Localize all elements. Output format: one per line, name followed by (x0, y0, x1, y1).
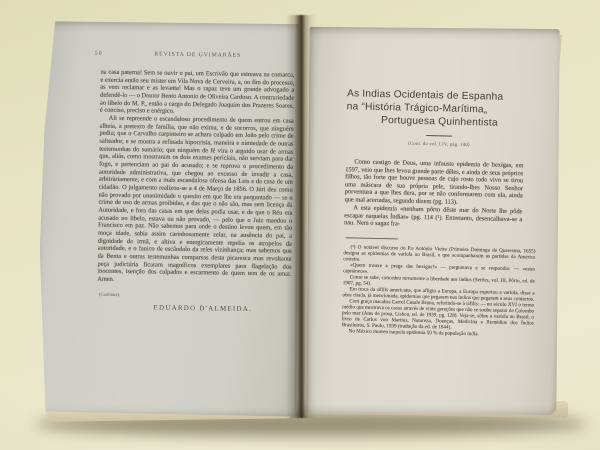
left-page: 50 REVISTA DE GVIMARÃES na casa paterna!… (39, 21, 299, 416)
footnote-rule (346, 237, 398, 239)
right-page: As Indias Ocidentais de Espanha na “Hist… (306, 27, 559, 415)
article-title: As Indias Ocidentais de Espanha na “Hist… (346, 87, 533, 130)
body-paragraph: Como castigo de Deus, uma infausta epide… (345, 158, 524, 207)
body-paragraph: Ali se repreende o escandaloso procedime… (97, 115, 294, 287)
left-page-body: na casa paterna! Sem se ouvir o pai, um … (97, 69, 294, 287)
right-page-content: As Indias Ocidentais de Espanha na “Hist… (342, 87, 534, 338)
book-photograph: 50 REVISTA DE GVIMARÃES na casa paterna!… (0, 0, 600, 450)
author-signature: EDUARDO D'ALMEIDA. (115, 304, 291, 314)
right-page-body: Como castigo de Deus, uma infausta epide… (344, 158, 524, 230)
body-paragraph: A esta epidemia «nenhum pôrto dêste mar … (344, 204, 522, 230)
title-line-3: Portuguesa Quinhentista (346, 113, 532, 130)
continuation-reference: (Cont. do vol. LIV, pág. 140) (346, 140, 532, 149)
title-rule (426, 135, 452, 137)
left-page-content: 50 REVISTA DE GVIMARÃES na casa paterna!… (97, 50, 295, 314)
journal-title: REVISTA DE GVIMARÃES (101, 51, 295, 60)
footnotes-block: (¹) O notável discurso do P.e António Vi… (342, 244, 536, 339)
continuation-note: (Continua). (99, 291, 291, 299)
body-paragraph: na casa paterna! Sem se ouvir o pai, um … (100, 69, 295, 118)
running-header-row: 50 REVISTA DE GVIMARÃES (101, 50, 295, 63)
book-gutter-shadow (286, 15, 316, 418)
footnote-paragraph: Com graça macabra Carrol Casale Bruna, r… (342, 298, 535, 333)
